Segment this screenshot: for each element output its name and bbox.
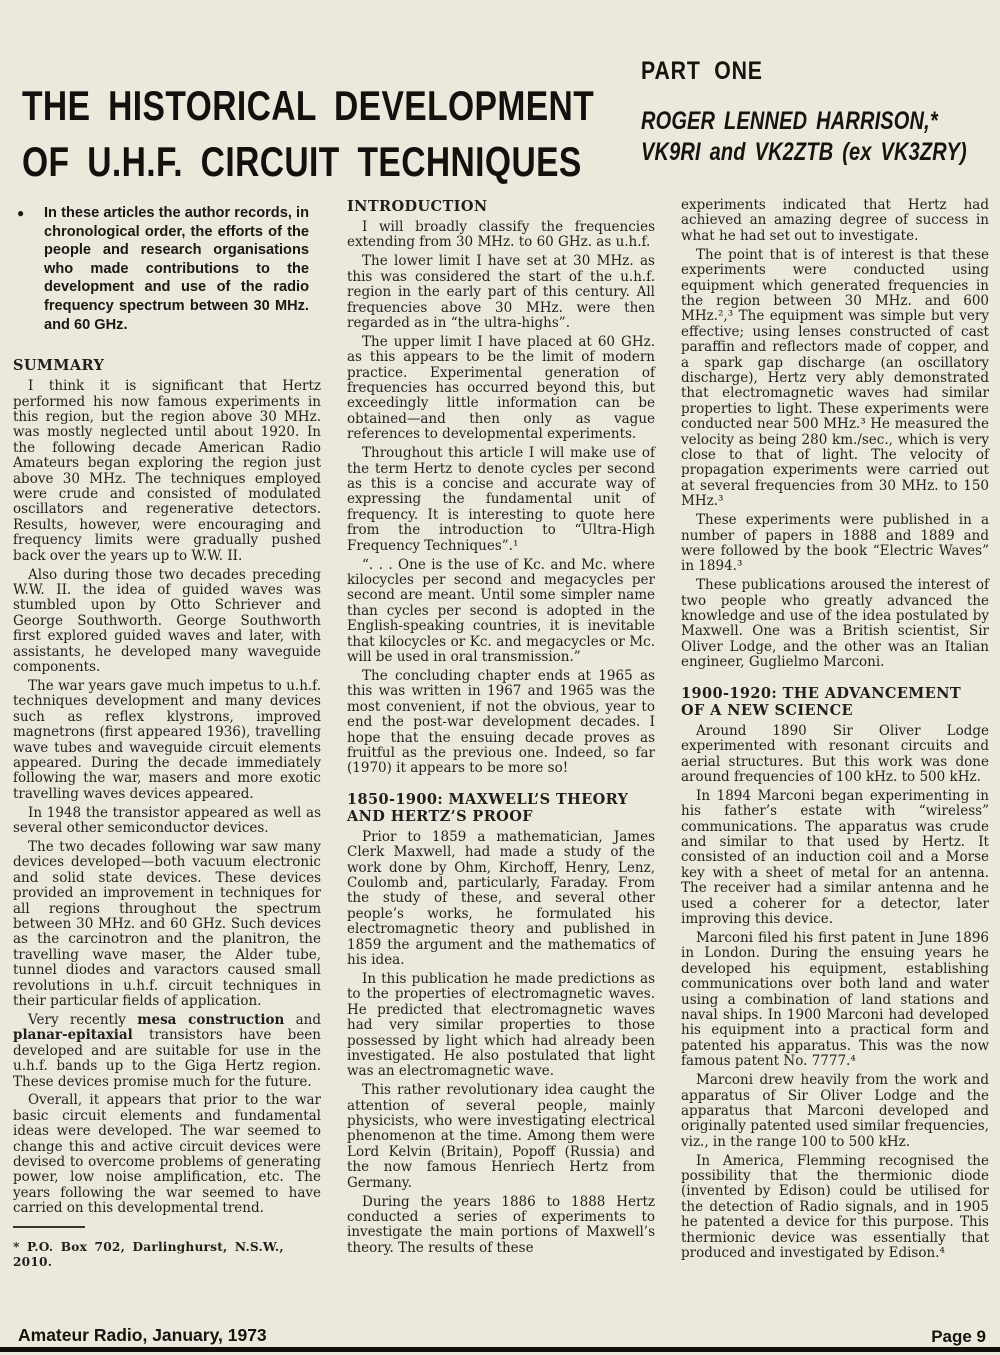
introduction-heading: INTRODUCTION <box>347 198 655 215</box>
paragraph: Very recently mesa construction and plan… <box>13 1013 321 1090</box>
paragraph: Around 1890 Sir Oliver Lodge experimente… <box>681 724 989 786</box>
emphasis-planar-epitaxial: planar-epitaxial <box>13 1027 133 1043</box>
emphasis-mesa-construction: mesa construction <box>137 1012 284 1028</box>
article-title-line2: OF U.H.F. CIRCUIT TECHNIQUES <box>22 134 594 190</box>
paragraph-text: Very recently <box>28 1012 137 1028</box>
column-2: INTRODUCTION I will broadly classify the… <box>347 198 655 1260</box>
paragraph: Marconi drew heavily from the work and a… <box>681 1073 989 1150</box>
author-line1: ROGER LENNED HARRISON,* <box>641 106 967 137</box>
byline-block: PART ONE ROGER LENNED HARRISON,* VK9RI a… <box>641 57 1000 168</box>
section-heading-line2: OF A NEW SCIENCE <box>681 702 989 719</box>
paragraph: I will broadly classify the frequencies … <box>347 220 655 251</box>
footnote: * P.O. Box 702, Darlinghurst, N.S.W., 20… <box>13 1240 321 1270</box>
column-1: ● In these articles the author records, … <box>13 200 321 1282</box>
author-line2: VK9RI and VK2ZTB (ex VK3ZRY) <box>641 137 967 168</box>
paragraph: The lower limit I have set at 30 MHz. as… <box>347 254 655 331</box>
paragraph: The point that is of interest is that th… <box>681 248 989 510</box>
lede-paragraph: ● In these articles the author records, … <box>13 204 321 334</box>
magazine-page: THE HISTORICAL DEVELOPMENT OF U.H.F. CIR… <box>0 0 1000 1355</box>
paragraph: During the years 1886 to 1888 Hertz cond… <box>347 1195 655 1257</box>
section-heading-1900-1920: 1900-1920: THE ADVANCEMENT OF A NEW SCIE… <box>681 685 989 719</box>
lede-text: In these articles the author records, in… <box>44 205 309 333</box>
paragraph: This rather revolutionary idea caught th… <box>347 1083 655 1191</box>
paragraph: Marconi filed his first patent in June 1… <box>681 931 989 1070</box>
paragraph: In 1894 Marconi began experimenting in h… <box>681 789 989 928</box>
part-label: PART ONE <box>641 57 987 86</box>
article-title: THE HISTORICAL DEVELOPMENT OF U.H.F. CIR… <box>22 78 594 190</box>
paragraph: Overall, it appears that prior to the wa… <box>13 1093 321 1216</box>
paragraph: I think it is significant that Hertz per… <box>13 379 321 564</box>
article-title-line1: THE HISTORICAL DEVELOPMENT <box>22 78 594 134</box>
footer-page-number: Page 9 <box>931 1327 986 1347</box>
paragraph: Throughout this article I will make use … <box>347 446 655 554</box>
column-3: experiments indicated that Hertz had ach… <box>681 198 989 1265</box>
continuation-paragraph: experiments indicated that Hertz had ach… <box>681 198 989 244</box>
paragraph: The upper limit I have placed at 60 GHz.… <box>347 335 655 443</box>
quote-paragraph: “. . . One is the use of Kc. and Mc. whe… <box>347 558 655 666</box>
paragraph: The war years gave much impetus to u.h.f… <box>13 679 321 802</box>
section-heading-line2: AND HERTZ’S PROOF <box>347 808 655 825</box>
paragraph-text: and <box>284 1012 321 1028</box>
paragraph: These publications aroused the interest … <box>681 578 989 670</box>
author-name: ROGER LENNED HARRISON,* VK9RI and VK2ZTB… <box>641 106 967 168</box>
paragraph: Prior to 1859 a mathematician, James Cle… <box>347 830 655 969</box>
summary-heading: SUMMARY <box>13 357 321 374</box>
paragraph: Also during those two decades preceding … <box>13 568 321 676</box>
section-heading-1850-1900: 1850-1900: MAXWELL’S THEORY AND HERTZ’S … <box>347 791 655 825</box>
bottom-rule-bar <box>0 1347 1000 1352</box>
footnote-divider <box>13 1226 85 1228</box>
paragraph: These experiments were published in a nu… <box>681 513 989 575</box>
paragraph: The two decades following war saw many d… <box>13 840 321 1009</box>
paragraph: The concluding chapter ends at 1965 as t… <box>347 669 655 777</box>
paragraph: In 1948 the transistor appeared as well … <box>13 806 321 837</box>
paragraph: In this publication he made predictions … <box>347 972 655 1080</box>
paragraph: In America, Flemming recognised the poss… <box>681 1154 989 1262</box>
bullet-icon: ● <box>17 204 24 223</box>
footer-journal-title: Amateur Radio, January, 1973 <box>18 1325 267 1346</box>
section-heading-line1: 1850-1900: MAXWELL’S THEORY <box>347 791 655 808</box>
section-heading-line1: 1900-1920: THE ADVANCEMENT <box>681 685 989 702</box>
